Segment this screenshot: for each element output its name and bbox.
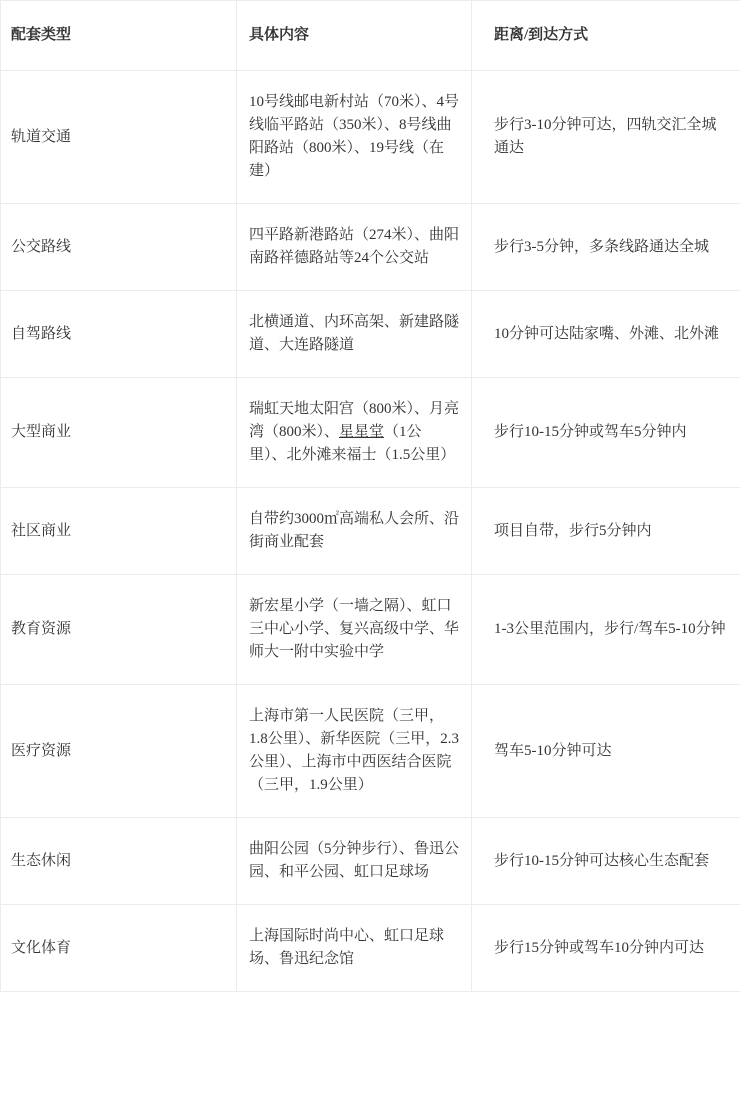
header-distance: 距离/到达方式 <box>472 1 740 71</box>
distance-cell: 步行3-5分钟，多条线路通达全城 <box>472 204 740 291</box>
distance-cell: 项目自带，步行5分钟内 <box>472 488 740 575</box>
amenity-type-cell: 自驾路线 <box>1 291 237 378</box>
distance-cell: 步行10-15分钟或驾车5分钟内 <box>472 378 740 488</box>
table-row: 生态休闲曲阳公园（5分钟步行）、鲁迅公园、和平公园、虹口足球场步行10-15分钟… <box>1 818 740 905</box>
table-row: 教育资源新宏星小学（一墙之隔）、虹口三中心小学、复兴高级中学、华师大一附中实验中… <box>1 575 740 685</box>
details-cell: 曲阳公园（5分钟步行）、鲁迅公园、和平公园、虹口足球场 <box>237 818 472 905</box>
details-cell: 10号线邮电新村站（70米）、4号线临平路站（350米）、8号线曲阳路站（800… <box>237 71 472 204</box>
amenities-table-body: 轨道交通10号线邮电新村站（70米）、4号线临平路站（350米）、8号线曲阳路站… <box>1 71 740 992</box>
details-text: 曲阳公园（5分钟步行）、鲁迅公园、和平公园、虹口足球场 <box>249 841 459 880</box>
details-text: 自带约3000㎡高端私人会所、沿街商业配套 <box>249 511 459 550</box>
table-row: 社区商业自带约3000㎡高端私人会所、沿街商业配套项目自带，步行5分钟内 <box>1 488 740 575</box>
details-cell: 上海市第一人民医院（三甲，1.8公里）、新华医院（三甲，2.3公里）、上海市中西… <box>237 685 472 818</box>
amenities-table: 配套类型 具体内容 距离/到达方式 轨道交通10号线邮电新村站（70米）、4号线… <box>0 0 740 992</box>
details-text: 上海国际时尚中心、虹口足球场、鲁迅纪念馆 <box>249 928 444 967</box>
underlined-term: 星星堂 <box>339 424 384 440</box>
distance-cell: 步行15分钟或驾车10分钟内可达 <box>472 905 740 992</box>
details-cell: 新宏星小学（一墙之隔）、虹口三中心小学、复兴高级中学、华师大一附中实验中学 <box>237 575 472 685</box>
details-cell: 四平路新港路站（274米）、曲阳南路祥德路站等24个公交站 <box>237 204 472 291</box>
details-cell: 上海国际时尚中心、虹口足球场、鲁迅纪念馆 <box>237 905 472 992</box>
details-text: 北横通道、内环高架、新建路隧道、大连路隧道 <box>249 314 459 353</box>
table-row: 自驾路线北横通道、内环高架、新建路隧道、大连路隧道10分钟可达陆家嘴、外滩、北外… <box>1 291 740 378</box>
distance-cell: 驾车5-10分钟可达 <box>472 685 740 818</box>
header-details: 具体内容 <box>237 1 472 71</box>
details-text: 四平路新港路站（274米）、曲阳南路祥德路站等24个公交站 <box>249 227 459 266</box>
distance-cell: 10分钟可达陆家嘴、外滩、北外滩 <box>472 291 740 378</box>
table-row: 公交路线四平路新港路站（274米）、曲阳南路祥德路站等24个公交站步行3-5分钟… <box>1 204 740 291</box>
amenity-type-cell: 轨道交通 <box>1 71 237 204</box>
table-row: 文化体育上海国际时尚中心、虹口足球场、鲁迅纪念馆步行15分钟或驾车10分钟内可达 <box>1 905 740 992</box>
distance-cell: 1-3公里范围内，步行/驾车5-10分钟 <box>472 575 740 685</box>
details-text: 10号线邮电新村站（70米）、4号线临平路站（350米）、8号线曲阳路站（800… <box>249 94 459 179</box>
amenity-type-cell: 大型商业 <box>1 378 237 488</box>
details-cell: 北横通道、内环高架、新建路隧道、大连路隧道 <box>237 291 472 378</box>
table-row: 轨道交通10号线邮电新村站（70米）、4号线临平路站（350米）、8号线曲阳路站… <box>1 71 740 204</box>
amenities-table-header: 配套类型 具体内容 距离/到达方式 <box>1 1 740 71</box>
amenity-type-cell: 教育资源 <box>1 575 237 685</box>
details-cell: 自带约3000㎡高端私人会所、沿街商业配套 <box>237 488 472 575</box>
distance-cell: 步行10-15分钟可达核心生态配套 <box>472 818 740 905</box>
amenity-type-cell: 生态休闲 <box>1 818 237 905</box>
table-row: 大型商业瑞虹天地太阳宫（800米）、月亮湾（800米）、星星堂（1公里）、北外滩… <box>1 378 740 488</box>
details-text: 新宏星小学（一墙之隔）、虹口三中心小学、复兴高级中学、华师大一附中实验中学 <box>249 598 459 660</box>
amenity-type-cell: 公交路线 <box>1 204 237 291</box>
details-text: 上海市第一人民医院（三甲，1.8公里）、新华医院（三甲，2.3公里）、上海市中西… <box>249 708 459 793</box>
header-row: 配套类型 具体内容 距离/到达方式 <box>1 1 740 71</box>
amenity-type-cell: 文化体育 <box>1 905 237 992</box>
amenity-type-cell: 社区商业 <box>1 488 237 575</box>
table-row: 医疗资源上海市第一人民医院（三甲，1.8公里）、新华医院（三甲，2.3公里）、上… <box>1 685 740 818</box>
header-amenity-type: 配套类型 <box>1 1 237 71</box>
distance-cell: 步行3-10分钟可达，四轨交汇全城通达 <box>472 71 740 204</box>
amenity-type-cell: 医疗资源 <box>1 685 237 818</box>
details-cell: 瑞虹天地太阳宫（800米）、月亮湾（800米）、星星堂（1公里）、北外滩来福士（… <box>237 378 472 488</box>
